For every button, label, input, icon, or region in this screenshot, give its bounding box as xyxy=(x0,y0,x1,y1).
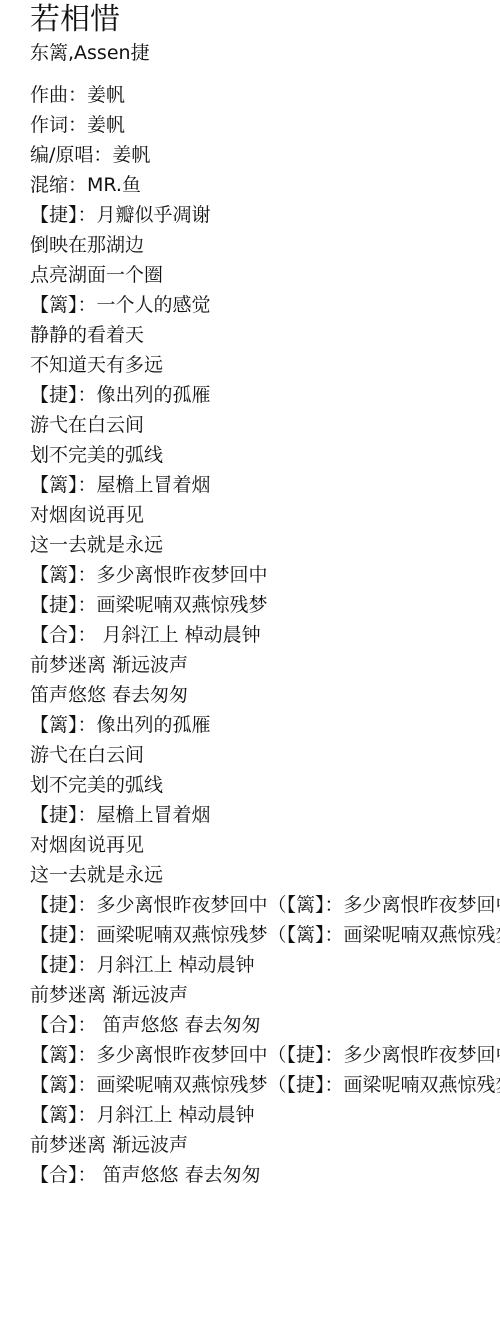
lyric-line: 笛声悠悠 春去匆匆 xyxy=(30,680,500,710)
lyric-line: 【篱】：画梁呢喃双燕惊残梦（【捷】：画梁呢喃双燕惊残梦） xyxy=(30,1070,500,1100)
lyric-line: 【合】： 笛声悠悠 春去匆匆 xyxy=(30,1010,500,1040)
lyric-line: 划不完美的弧线 xyxy=(30,440,500,470)
lyric-line: 【篱】：一个人的感觉 xyxy=(30,290,500,320)
lyric-line: 【捷】：像出列的孤雁 xyxy=(30,380,500,410)
lyric-line: 静静的看着天 xyxy=(30,320,500,350)
lyric-line: 划不完美的弧线 xyxy=(30,770,500,800)
lyric-line: 游弋在白云间 xyxy=(30,740,500,770)
lyric-line: 这一去就是永远 xyxy=(30,530,500,560)
lyric-line: 【捷】：月斜江上 棹动晨钟 xyxy=(30,950,500,980)
lyrics-body: 作曲：姜帆 作词：姜帆 编/原唱：姜帆 混缩：MR.鱼 【捷】：月瓣似乎凋谢 倒… xyxy=(30,80,500,1190)
lyric-line: 这一去就是永远 xyxy=(30,860,500,890)
lyric-line: 【篱】：屋檐上冒着烟 xyxy=(30,470,500,500)
lyric-line: 【篱】：多少离恨昨夜梦回中（【捷】：多少离恨昨夜梦回中） xyxy=(30,1040,500,1070)
lyric-line: 【篱】：多少离恨昨夜梦回中 xyxy=(30,560,500,590)
lyric-line: 【篱】：月斜江上 棹动晨钟 xyxy=(30,1100,500,1130)
lyric-line: 点亮湖面一个圈 xyxy=(30,260,500,290)
lyric-line: 【合】： 月斜江上 棹动晨钟 xyxy=(30,620,500,650)
song-title: 若相惜 xyxy=(30,2,500,38)
lyric-line: 编/原唱：姜帆 xyxy=(30,140,500,170)
lyric-line: 对烟囱说再见 xyxy=(30,830,500,860)
lyric-line: 【篱】：像出列的孤雁 xyxy=(30,710,500,740)
lyric-line: 前梦迷离 渐远波声 xyxy=(30,650,500,680)
lyrics-page: 若相惜 东篱,Assen捷 作曲：姜帆 作词：姜帆 编/原唱：姜帆 混缩：MR.… xyxy=(30,0,500,1190)
song-artist: 东篱,Assen捷 xyxy=(30,40,500,66)
lyric-line: 【捷】：月瓣似乎凋谢 xyxy=(30,200,500,230)
lyric-line: 混缩：MR.鱼 xyxy=(30,170,500,200)
lyric-line: 作曲：姜帆 xyxy=(30,80,500,110)
lyric-line: 前梦迷离 渐远波声 xyxy=(30,1130,500,1160)
lyric-line: 前梦迷离 渐远波声 xyxy=(30,980,500,1010)
lyric-line: 【捷】：画梁呢喃双燕惊残梦 xyxy=(30,590,500,620)
lyric-line: 游弋在白云间 xyxy=(30,410,500,440)
lyric-line: 作词：姜帆 xyxy=(30,110,500,140)
lyric-line: 【捷】：屋檐上冒着烟 xyxy=(30,800,500,830)
lyric-line: 【合】： 笛声悠悠 春去匆匆 xyxy=(30,1160,500,1190)
lyric-line: 倒映在那湖边 xyxy=(30,230,500,260)
lyric-line: 【捷】：多少离恨昨夜梦回中（【篱】：多少离恨昨夜梦回中） xyxy=(30,890,500,920)
lyric-line: 对烟囱说再见 xyxy=(30,500,500,530)
lyric-line: 不知道天有多远 xyxy=(30,350,500,380)
lyric-line: 【捷】：画梁呢喃双燕惊残梦（【篱】：画梁呢喃双燕惊残梦） xyxy=(30,920,500,950)
